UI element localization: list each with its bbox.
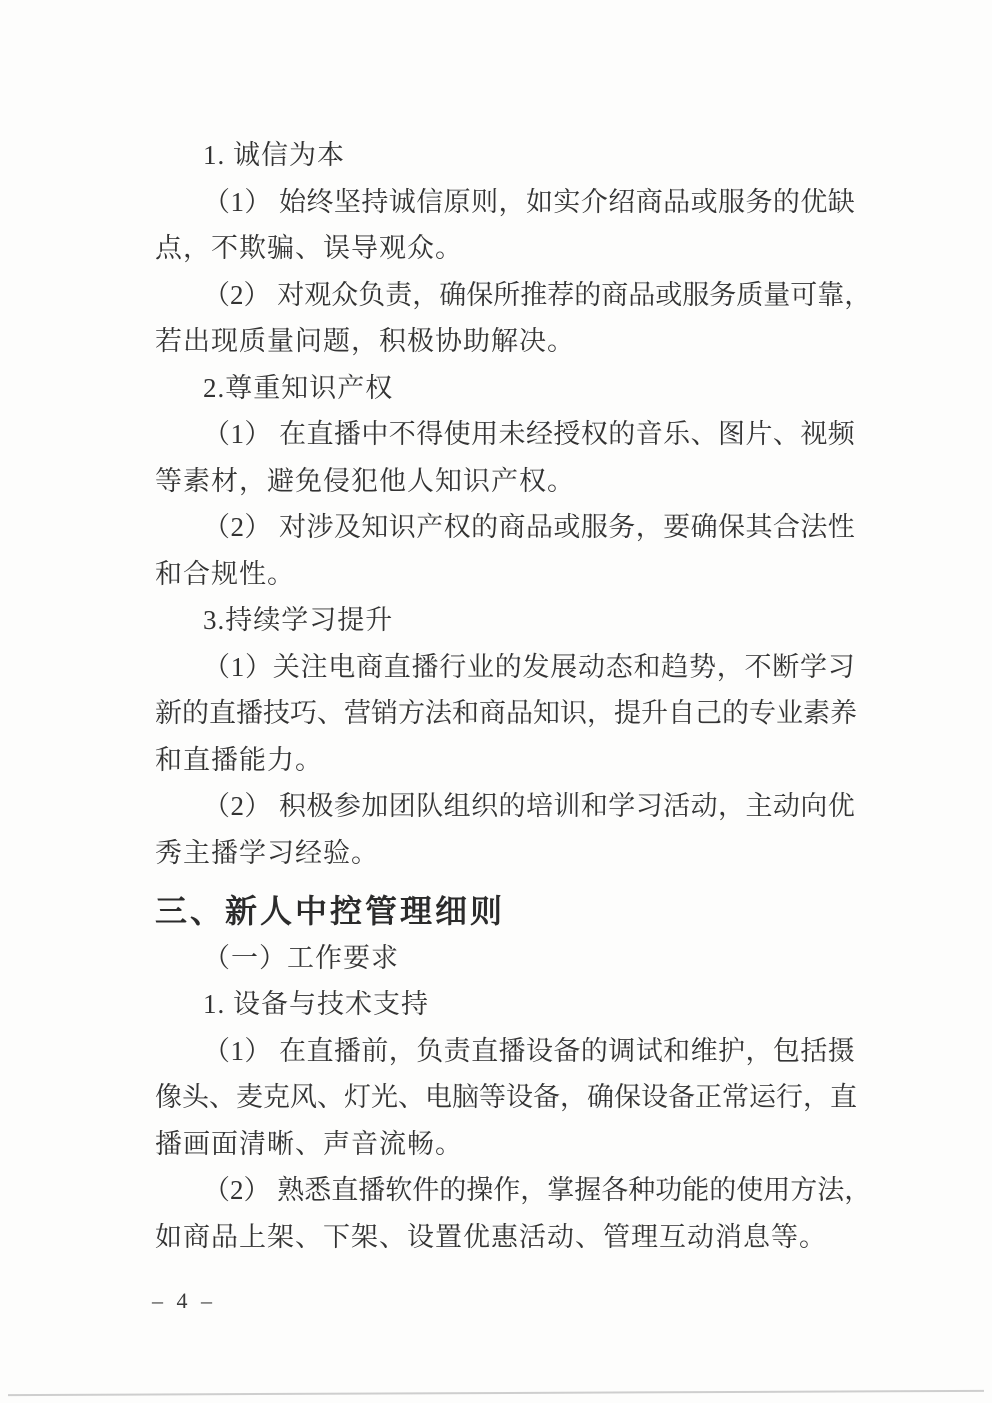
document-content: 1. 诚信为本（1） 始终坚持诚信原则，如实介绍商品或服务的优缺点，不欺骗、误导… [155,132,855,1260]
document-line: （1）关注电商直播行业的发展动态和趋势，不断学习 [155,644,855,691]
document-line: （2） 对涉及知识产权的商品或服务，要确保其合法性 [155,504,855,551]
document-line: 新的直播技巧、营销方法和商品知识，提升自己的专业素养 [155,690,855,737]
document-line: 和直播能力。 [155,737,855,784]
section-heading: 三、新人中控管理细则 [155,888,855,935]
document-line: 3.持续学习提升 [155,597,855,644]
document-line: 若出现质量问题，积极协助解决。 [155,318,855,365]
document-line: 点，不欺骗、误导观众。 [155,225,855,272]
document-line: （1） 在直播中不得使用未经授权的音乐、图片、视频 [155,411,855,458]
document-line: 2.尊重知识产权 [155,365,855,412]
document-line: 1. 设备与技术支持 [155,981,855,1028]
document-line: 播画面清晰、声音流畅。 [155,1121,855,1168]
document-line: 如商品上架、下架、设置优惠活动、管理互动消息等。 [155,1214,855,1261]
document-line: 像头、麦克风、灯光、电脑等设备，确保设备正常运行，直 [155,1074,855,1121]
document-line: 和合规性。 [155,551,855,598]
document-line: 1. 诚信为本 [155,132,855,179]
scan-artifact-line [8,1390,984,1396]
document-line: 等素材，避免侵犯他人知识产权。 [155,458,855,505]
document-line: （一）工作要求 [155,935,855,982]
document-line: 秀主播学习经验。 [155,830,855,877]
document-line: （2） 熟悉直播软件的操作，掌握各种功能的使用方法， [155,1167,855,1214]
document-line: （1） 始终坚持诚信原则，如实介绍商品或服务的优缺 [155,179,855,226]
page-number: – 4 – [152,1284,216,1318]
document-line: （2） 积极参加团队组织的培训和学习活动，主动向优 [155,783,855,830]
document-page: 1. 诚信为本（1） 始终坚持诚信原则，如实介绍商品或服务的优缺点，不欺骗、误导… [0,0,992,1403]
document-line: （1） 在直播前，负责直播设备的调试和维护，包括摄 [155,1028,855,1075]
document-line: （2） 对观众负责，确保所推荐的商品或服务质量可靠， [155,272,855,319]
